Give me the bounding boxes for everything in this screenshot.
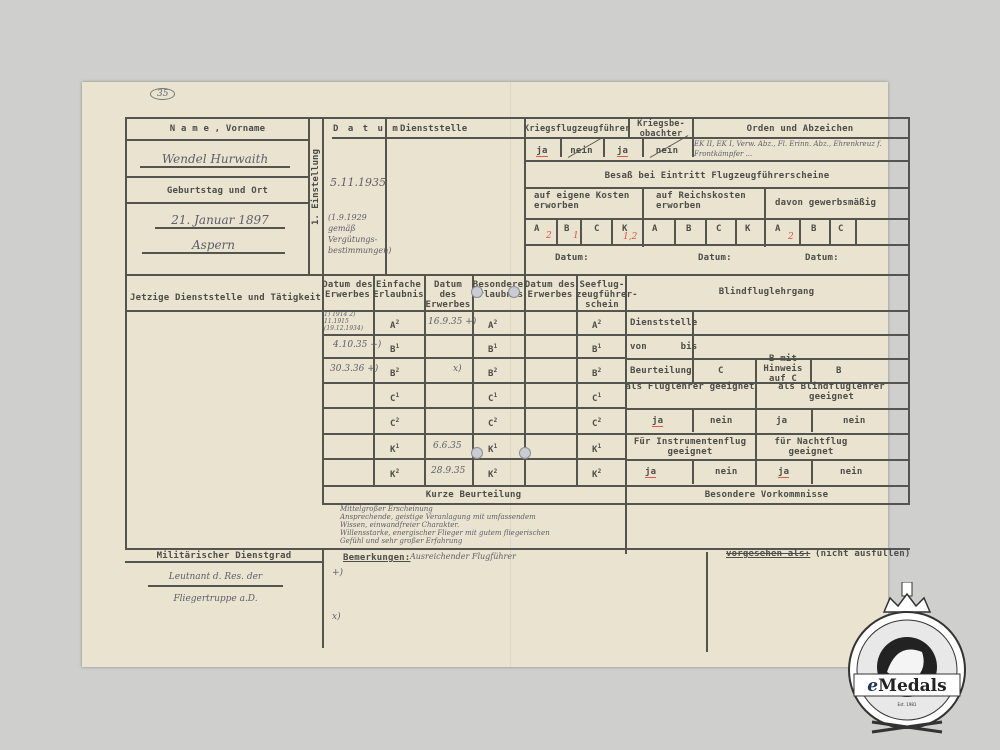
rule bbox=[855, 218, 857, 244]
rule bbox=[125, 202, 310, 204]
besass-col2: auf Reichskosten erworben bbox=[656, 191, 756, 211]
class-cell: A2 bbox=[488, 318, 497, 331]
birth-place: Aspern bbox=[142, 238, 285, 254]
datum-label: D a t u m bbox=[333, 124, 400, 134]
instrument-ja: ja bbox=[645, 467, 656, 478]
bf-beurteilung: Beurteilung bbox=[630, 366, 692, 376]
rule bbox=[735, 218, 737, 244]
svg-text:Est. 1981: Est. 1981 bbox=[898, 702, 917, 707]
date-cell: 4.10.35 +) bbox=[333, 340, 381, 350]
col-header: Datum des Erwerbes bbox=[322, 280, 373, 300]
name-label: N a m e , Vorname bbox=[125, 124, 310, 134]
jetzige-label: Jetzige Dienststelle und Tätigkeit bbox=[130, 293, 321, 303]
rule bbox=[322, 548, 324, 648]
bf-instrumentenflug: Für Instrumentenflug geeignet bbox=[625, 437, 755, 457]
rule bbox=[625, 459, 910, 461]
bf-grade-c: C bbox=[718, 366, 724, 376]
kfz-ja: ja bbox=[536, 146, 547, 157]
rule bbox=[322, 382, 627, 384]
plus-mark: +) bbox=[332, 568, 343, 578]
punch-hole bbox=[508, 286, 520, 298]
bf-dienststelle: Dienststelle bbox=[630, 318, 697, 328]
kfz-nein: nein bbox=[560, 146, 603, 156]
bf-grade-b: B bbox=[836, 366, 842, 376]
kurze-label: Kurze Beurteilung bbox=[322, 490, 625, 500]
datum-note: (1.9.1929 gemäß Vergütungs-bestimmungen) bbox=[328, 212, 380, 256]
class-cell: K2 bbox=[488, 467, 497, 480]
col-header: Einfache Erlaubnis bbox=[373, 280, 424, 300]
instrument-nein: nein bbox=[715, 467, 737, 477]
rule bbox=[556, 218, 558, 244]
rule bbox=[908, 117, 910, 275]
vorgesehen-note: (nicht ausfüllen) bbox=[815, 549, 911, 559]
class-b: B bbox=[564, 224, 570, 234]
kriegsbeobachter-label: Kriegsbe-obachter bbox=[630, 119, 692, 139]
blindfluglehrer-nein: nein bbox=[843, 416, 865, 426]
class-cell: C2 bbox=[488, 416, 497, 429]
class-cell: A2 bbox=[592, 318, 601, 331]
class-cell: K1 bbox=[488, 442, 497, 455]
rule bbox=[625, 408, 910, 410]
col-header: Seeflug-zeugführer-schein bbox=[576, 280, 628, 310]
class-cell: C1 bbox=[390, 391, 399, 404]
rule bbox=[524, 187, 910, 189]
class-cell: B1 bbox=[390, 342, 399, 355]
rule bbox=[524, 244, 910, 246]
datum-field: Datum: bbox=[698, 253, 732, 263]
rule bbox=[322, 433, 627, 435]
einstellung-label: 1. Einstellung bbox=[311, 149, 321, 225]
class-cell: C1 bbox=[488, 391, 497, 404]
rule bbox=[625, 334, 910, 336]
mark: 2 bbox=[546, 231, 552, 241]
class-cell: K1 bbox=[592, 442, 601, 455]
class-cell: C2 bbox=[390, 416, 399, 429]
rule bbox=[692, 460, 694, 484]
class-cell: B1 bbox=[592, 342, 601, 355]
rule bbox=[764, 187, 766, 247]
rule bbox=[642, 187, 644, 247]
dienstgrad-label: Militärischer Dienstgrad bbox=[125, 551, 323, 561]
rule bbox=[322, 334, 627, 336]
dienststelle-label: Dienststelle bbox=[400, 124, 467, 134]
rule bbox=[524, 117, 526, 275]
rule bbox=[580, 218, 582, 244]
rule bbox=[524, 160, 910, 162]
rule bbox=[322, 357, 627, 359]
punch-hole bbox=[471, 286, 483, 298]
col-header: Datum des Erwerbes bbox=[524, 280, 576, 300]
rule bbox=[125, 310, 910, 312]
orden-label: Orden und Abzeichen bbox=[692, 124, 908, 134]
rule bbox=[322, 274, 324, 504]
class-cell: B2 bbox=[488, 366, 497, 379]
mark: 1 bbox=[573, 231, 579, 241]
bf-blindfluglehrer: als Blindfluglehrer geeignet bbox=[755, 382, 908, 402]
rule bbox=[692, 410, 694, 432]
punch-hole bbox=[519, 447, 531, 459]
class-cell: B2 bbox=[390, 366, 399, 379]
rule bbox=[811, 410, 813, 432]
class-a: A bbox=[775, 224, 781, 234]
dienstgrad-line2: Fliegertruppe a.D. bbox=[148, 594, 283, 604]
class-c: C bbox=[594, 224, 600, 234]
class-cell: K2 bbox=[592, 467, 601, 480]
datum-value: 5.11.1935 bbox=[330, 176, 386, 189]
class-c: C bbox=[838, 224, 844, 234]
kriegsflugzeugfuehrer-label: Kriegsflugzeugführer bbox=[524, 124, 628, 134]
col-header: Datum des Erwerbes bbox=[424, 280, 472, 310]
rule bbox=[625, 274, 627, 554]
besass-col1: auf eigene Kosten erworben bbox=[534, 191, 639, 211]
punch-hole bbox=[471, 447, 483, 459]
rule bbox=[322, 407, 627, 409]
dienstgrad-line1: Leutnant d. Res. der bbox=[148, 572, 283, 587]
datum-field: Datum: bbox=[555, 253, 589, 263]
besass-col3: davon gewerbsmäßig bbox=[775, 198, 876, 208]
nachtflug-nein: nein bbox=[840, 467, 862, 477]
rule bbox=[811, 460, 813, 484]
class-c: C bbox=[716, 224, 722, 234]
class-cell: A2 bbox=[390, 318, 399, 331]
rule bbox=[373, 274, 375, 486]
date-cell: 16.9.35 +) bbox=[428, 317, 476, 327]
rule bbox=[125, 117, 910, 119]
rule bbox=[332, 137, 527, 139]
rule bbox=[125, 139, 310, 141]
class-b: B bbox=[811, 224, 817, 234]
date-cell: x) bbox=[453, 364, 462, 374]
rule bbox=[125, 176, 310, 178]
laurel-badge-icon: eMedals Est. 1981 bbox=[832, 582, 982, 742]
class-a: A bbox=[652, 224, 658, 234]
class-cell: K1 bbox=[390, 442, 399, 455]
rule bbox=[705, 218, 707, 244]
rule bbox=[829, 218, 831, 244]
besondere-label: Besondere Vorkommnisse bbox=[625, 490, 908, 500]
fold-line bbox=[510, 82, 511, 667]
bemerkungen-label: Bemerkungen: bbox=[343, 553, 410, 563]
nachtflug-ja: ja bbox=[778, 467, 789, 478]
kb-ja: ja bbox=[617, 146, 628, 157]
rule bbox=[308, 117, 310, 275]
besass-title: Besaß bei Eintritt Flugzeugführerscheine bbox=[524, 171, 910, 181]
bf-von-bis: von bis bbox=[630, 342, 697, 352]
date-cell: 30.3.36 +) bbox=[330, 364, 378, 374]
emedals-watermark: eMedals Est. 1981 bbox=[832, 582, 982, 732]
rule bbox=[125, 561, 323, 563]
rule bbox=[322, 117, 324, 275]
rule bbox=[125, 274, 127, 549]
date-cell: 1) 1914 2) 11.1915 (19.12.1934) bbox=[324, 311, 372, 332]
class-b: B bbox=[686, 224, 692, 234]
rule bbox=[674, 218, 676, 244]
class-cell: B1 bbox=[488, 342, 497, 355]
date-cell: 6.6.35 bbox=[433, 441, 462, 451]
datum-field: Datum: bbox=[805, 253, 839, 263]
mark: 1,2 bbox=[623, 232, 637, 242]
class-cell: C2 bbox=[592, 416, 601, 429]
class-cell: B2 bbox=[592, 366, 601, 379]
mark: 2 bbox=[788, 232, 794, 242]
blindflug-title: Blindfluglehrgang bbox=[625, 287, 908, 297]
x-mark: x) bbox=[332, 612, 341, 622]
name-value: Wendel Hurwaith bbox=[140, 152, 290, 168]
birth-label: Geburtstag und Ort bbox=[125, 186, 310, 196]
bf-nachtflug: für Nachtflug geeignet bbox=[766, 437, 856, 457]
fluglehrer-ja: ja bbox=[652, 416, 663, 427]
vorgesehen-label: vorgesehen als: bbox=[726, 549, 810, 559]
bemerkungen-value: Ausreichender Flugführer bbox=[410, 552, 516, 561]
rule bbox=[125, 274, 910, 276]
bf-fluglehrer: als Fluglehrer geeignet bbox=[625, 382, 755, 392]
orden-value: EK II, EK I, Verw. Abz., Fl. Erinn. Abz.… bbox=[694, 139, 906, 159]
rule bbox=[799, 218, 801, 244]
date-cell: 28.9.35 bbox=[431, 466, 465, 476]
rule bbox=[625, 433, 910, 435]
rule bbox=[706, 552, 708, 652]
rule bbox=[908, 274, 910, 504]
class-cell: K2 bbox=[390, 467, 399, 480]
blindfluglehrer-ja: ja bbox=[776, 416, 787, 426]
bf-grade-b-mit: B mit Hinweis auf C bbox=[757, 354, 809, 384]
rule bbox=[611, 218, 613, 244]
fluglehrer-nein: nein bbox=[710, 416, 732, 426]
rule bbox=[810, 358, 812, 382]
class-k: K bbox=[745, 224, 751, 234]
svg-text:eMedals: eMedals bbox=[867, 676, 946, 696]
birth-date: 21. Januar 1897 bbox=[155, 213, 285, 229]
rule bbox=[322, 485, 910, 487]
class-a: A bbox=[534, 224, 540, 234]
class-cell: C1 bbox=[592, 391, 601, 404]
